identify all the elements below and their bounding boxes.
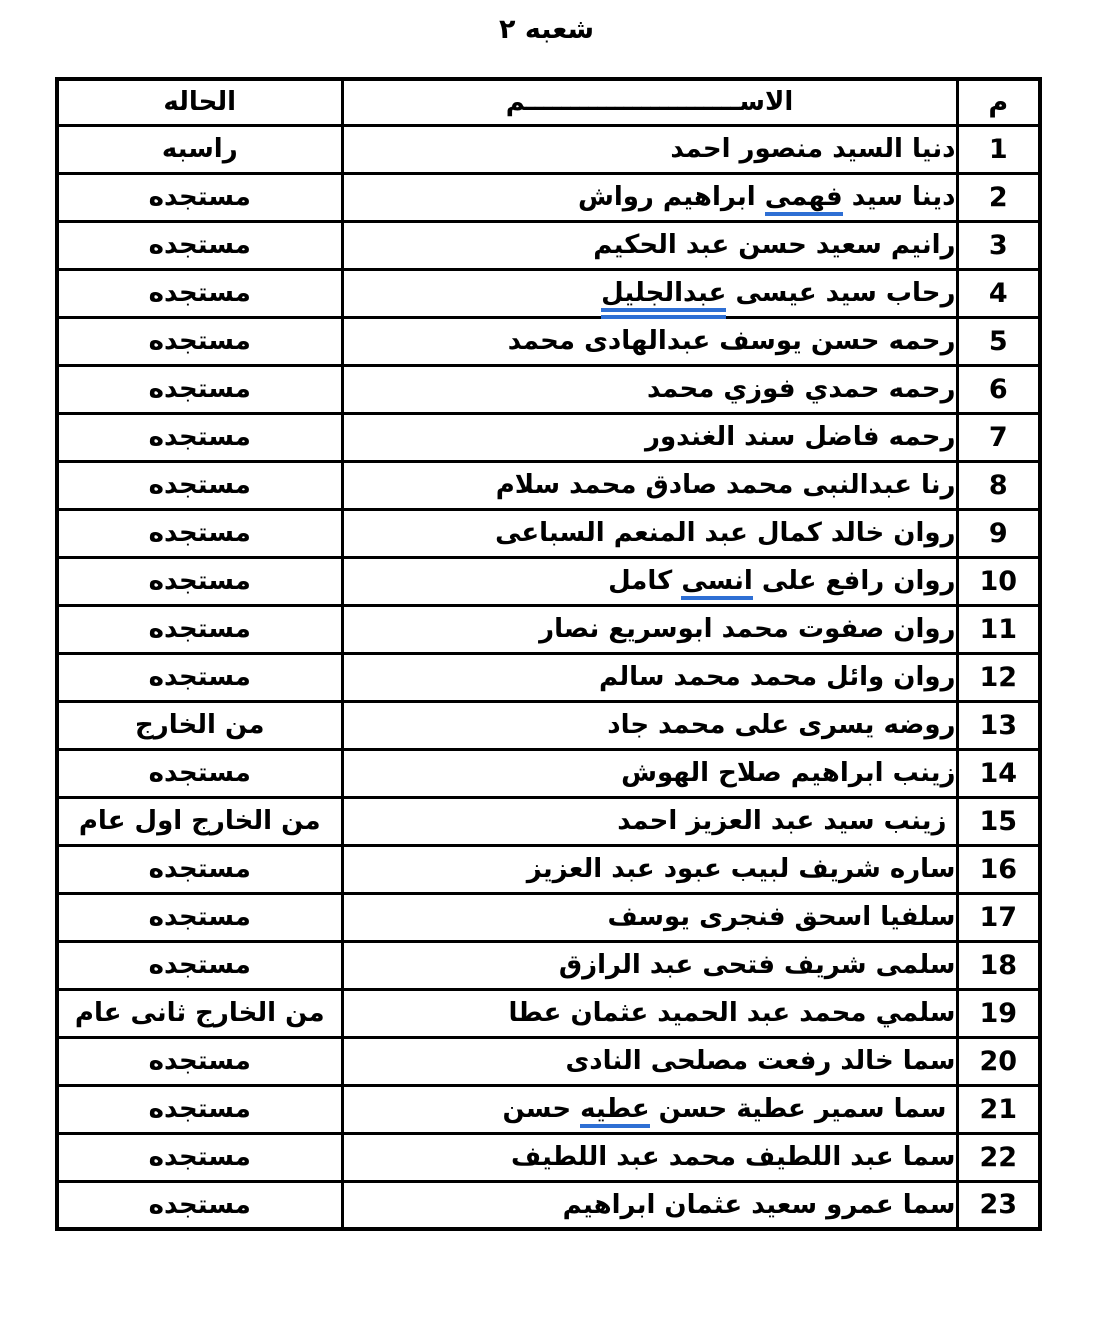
student-name: زينب ابراهيم صلاح الهوش bbox=[342, 749, 957, 797]
row-number: 10 bbox=[957, 557, 1040, 605]
row-number: 8 bbox=[957, 461, 1040, 509]
student-status: مستجده bbox=[57, 1133, 342, 1181]
student-name: روان خالد كمال عبد المنعم السباعى bbox=[342, 509, 957, 557]
student-name: رنا عبدالنبى محمد صادق محمد سلام bbox=[342, 461, 957, 509]
student-name: رحاب سيد عيسى عبدالجليل bbox=[342, 269, 957, 317]
table-row: 23سما عمرو سعيد عثمان ابراهيممستجده bbox=[57, 1181, 1040, 1229]
student-status: مستجده bbox=[57, 317, 342, 365]
row-number: 1 bbox=[957, 125, 1040, 173]
student-name: رحمه حسن يوسف عبدالهادى محمد bbox=[342, 317, 957, 365]
student-status: مستجده bbox=[57, 749, 342, 797]
document-page: شعبه ٢ م الاســــــــــــــــــــــــم ا… bbox=[0, 0, 1095, 1339]
table-row: 3رانيم سعيد حسن عبد الحكيممستجده bbox=[57, 221, 1040, 269]
row-number: 7 bbox=[957, 413, 1040, 461]
student-name: سلمي محمد عبد الحميد عثمان عطا bbox=[342, 989, 957, 1037]
student-name: سما سمير عطية حسن عطيه حسن bbox=[342, 1085, 957, 1133]
table-row: 13روضه يسرى على محمد جادمن الخارج bbox=[57, 701, 1040, 749]
spellcheck-underline: فهمى bbox=[765, 182, 843, 216]
row-number: 15 bbox=[957, 797, 1040, 845]
row-number: 22 bbox=[957, 1133, 1040, 1181]
student-name: دنيا السيد منصور احمد bbox=[342, 125, 957, 173]
header-row: م الاســــــــــــــــــــــــم الحاله bbox=[57, 79, 1040, 125]
row-number: 6 bbox=[957, 365, 1040, 413]
table-row: 2دينا سيد فهمى ابراهيم رواشمستجده bbox=[57, 173, 1040, 221]
student-status: مستجده bbox=[57, 1085, 342, 1133]
table-row: 9روان خالد كمال عبد المنعم السباعىمستجده bbox=[57, 509, 1040, 557]
student-status: مستجده bbox=[57, 653, 342, 701]
row-number: 3 bbox=[957, 221, 1040, 269]
table-row: 22سما عبد اللطيف محمد عبد اللطيفمستجده bbox=[57, 1133, 1040, 1181]
student-status: مستجده bbox=[57, 941, 342, 989]
table-row: 8رنا عبدالنبى محمد صادق محمد سلاممستجده bbox=[57, 461, 1040, 509]
student-status: مستجده bbox=[57, 845, 342, 893]
row-number: 18 bbox=[957, 941, 1040, 989]
student-name: رحمه فاضل سند الغندور bbox=[342, 413, 957, 461]
row-number: 20 bbox=[957, 1037, 1040, 1085]
row-number: 4 bbox=[957, 269, 1040, 317]
student-status: مستجده bbox=[57, 221, 342, 269]
table-row: 10روان رافع على انسى كاملمستجده bbox=[57, 557, 1040, 605]
student-status: من الخارج اول عام bbox=[57, 797, 342, 845]
student-name: زينب سيد عبد العزيز احمد bbox=[342, 797, 957, 845]
row-number: 11 bbox=[957, 605, 1040, 653]
student-status: مستجده bbox=[57, 269, 342, 317]
row-number: 13 bbox=[957, 701, 1040, 749]
student-name: سلمى شريف فتحى عبد الرازق bbox=[342, 941, 957, 989]
student-status: مستجده bbox=[57, 1037, 342, 1085]
student-name: روان رافع على انسى كامل bbox=[342, 557, 957, 605]
table-row: 18سلمى شريف فتحى عبد الرازقمستجده bbox=[57, 941, 1040, 989]
student-name: رحمه حمدي فوزي محمد bbox=[342, 365, 957, 413]
student-status: مستجده bbox=[57, 893, 342, 941]
table-row: 11روان صفوت محمد ابوسريع نصارمستجده bbox=[57, 605, 1040, 653]
table-row: 19سلمي محمد عبد الحميد عثمان عطامن الخار… bbox=[57, 989, 1040, 1037]
student-name: روضه يسرى على محمد جاد bbox=[342, 701, 957, 749]
student-status: مستجده bbox=[57, 605, 342, 653]
table-row: 12روان وائل محمد محمد سالممستجده bbox=[57, 653, 1040, 701]
row-number: 9 bbox=[957, 509, 1040, 557]
spellcheck-underline: عبدالجليل bbox=[601, 278, 726, 319]
table-row: 1دنيا السيد منصور احمدراسبه bbox=[57, 125, 1040, 173]
student-name: روان صفوت محمد ابوسريع نصار bbox=[342, 605, 957, 653]
spellcheck-underline: عطيه bbox=[580, 1094, 649, 1128]
student-name: سما خالد رفعت مصلحى النادى bbox=[342, 1037, 957, 1085]
students-table: م الاســــــــــــــــــــــــم الحاله 1… bbox=[55, 77, 1042, 1231]
student-status: مستجده bbox=[57, 1181, 342, 1229]
student-status: مستجده bbox=[57, 173, 342, 221]
table-row: 16ساره شريف لبيب عبود عبد العزيزمستجده bbox=[57, 845, 1040, 893]
student-name: روان وائل محمد محمد سالم bbox=[342, 653, 957, 701]
table-row: 5رحمه حسن يوسف عبدالهادى محمدمستجده bbox=[57, 317, 1040, 365]
student-name: رانيم سعيد حسن عبد الحكيم bbox=[342, 221, 957, 269]
student-name: سلفيا اسحق فنجرى يوسف bbox=[342, 893, 957, 941]
row-number: 2 bbox=[957, 173, 1040, 221]
student-name: ساره شريف لبيب عبود عبد العزيز bbox=[342, 845, 957, 893]
table-row: 6رحمه حمدي فوزي محمدمستجده bbox=[57, 365, 1040, 413]
student-status: مستجده bbox=[57, 461, 342, 509]
row-number: 5 bbox=[957, 317, 1040, 365]
table-row: 15 زينب سيد عبد العزيز احمدمن الخارج اول… bbox=[57, 797, 1040, 845]
student-status: من الخارج bbox=[57, 701, 342, 749]
student-status: من الخارج ثانى عام bbox=[57, 989, 342, 1037]
student-status: مستجده bbox=[57, 365, 342, 413]
table-row: 20سما خالد رفعت مصلحى النادىمستجده bbox=[57, 1037, 1040, 1085]
row-number: 17 bbox=[957, 893, 1040, 941]
header-number: م bbox=[957, 79, 1040, 125]
header-name: الاســــــــــــــــــــــــم bbox=[342, 79, 957, 125]
student-status: راسبه bbox=[57, 125, 342, 173]
header-status: الحاله bbox=[57, 79, 342, 125]
spellcheck-underline: انسى bbox=[681, 566, 752, 600]
student-name: سما عبد اللطيف محمد عبد اللطيف bbox=[342, 1133, 957, 1181]
table-row: 7رحمه فاضل سند الغندورمستجده bbox=[57, 413, 1040, 461]
table-row: 21 سما سمير عطية حسن عطيه حسنمستجده bbox=[57, 1085, 1040, 1133]
row-number: 16 bbox=[957, 845, 1040, 893]
row-number: 23 bbox=[957, 1181, 1040, 1229]
student-status: مستجده bbox=[57, 557, 342, 605]
student-name: دينا سيد فهمى ابراهيم رواش bbox=[342, 173, 957, 221]
table-row: 14زينب ابراهيم صلاح الهوشمستجده bbox=[57, 749, 1040, 797]
table-row: 17سلفيا اسحق فنجرى يوسفمستجده bbox=[57, 893, 1040, 941]
row-number: 21 bbox=[957, 1085, 1040, 1133]
table-row: 4رحاب سيد عيسى عبدالجليلمستجده bbox=[57, 269, 1040, 317]
row-number: 14 bbox=[957, 749, 1040, 797]
student-status: مستجده bbox=[57, 509, 342, 557]
row-number: 12 bbox=[957, 653, 1040, 701]
table-body: 1دنيا السيد منصور احمدراسبه2دينا سيد فهم… bbox=[57, 125, 1040, 1229]
section-title: شعبه ٢ bbox=[55, 14, 1038, 45]
student-name: سما عمرو سعيد عثمان ابراهيم bbox=[342, 1181, 957, 1229]
row-number: 19 bbox=[957, 989, 1040, 1037]
student-status: مستجده bbox=[57, 413, 342, 461]
